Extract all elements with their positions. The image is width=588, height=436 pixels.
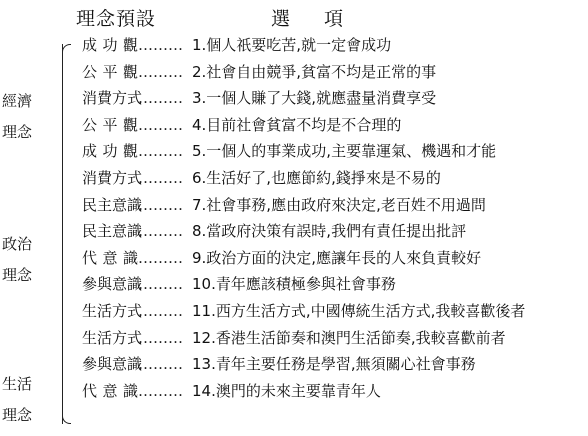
leader-dots: ……… [138,85,192,112]
group-label-political: 政治 理念 [2,229,32,291]
item-text: 12.香港生活節奏和澳門生活節奏,我較喜歡前者 [192,325,506,352]
item-text: 6.生活好了,也應節約,錢掙來是不易的 [192,165,441,192]
leader-dots: ……… [138,218,192,245]
group-label-line: 生活 [2,369,32,400]
header-options: 選 項 [271,4,357,31]
list-item: 消費方式………3.一個人賺了大錢,就應盡量消費享受 [82,85,525,112]
group-label-economic: 經濟 理念 [2,86,32,148]
group-label-line: 理念 [2,260,32,291]
item-text: 1.個人祇要吃苦,就一定會成功 [192,32,391,59]
leader-dots: ……… [138,378,192,405]
concept-label: 公平觀 [82,112,138,139]
leader-dots: ……… [138,271,192,298]
leader-dots: ……… [138,112,192,139]
list-item: 公平觀………4.目前社會貧富不均是不合理的 [82,112,525,139]
item-text: 14.澳門的未來主要靠青年人 [192,378,381,405]
list-item: 民主意識………8.當政府決策有誤時,我們有責任提出批評 [82,218,525,245]
list-item: 公平觀………2.社會自由競爭,貧富不均是正常的事 [82,59,525,86]
group-label-line: 理念 [2,400,32,431]
list-item: 成功觀………5.一個人的事業成功,主要靠運氣、機遇和才能 [82,138,525,165]
leader-dots: ……… [138,59,192,86]
concept-label: 生活方式 [82,325,138,352]
leader-dots: ……… [138,138,192,165]
items-list: 成功觀………1.個人祇要吃苦,就一定會成功 公平觀………2.社會自由競爭,貧富不… [82,32,525,404]
list-item: 消費方式………6.生活好了,也應節約,錢掙來是不易的 [82,165,525,192]
item-text: 9.政治方面的決定,應讓年長的人來負責較好 [192,245,481,272]
list-item: 成功觀………1.個人祇要吃苦,就一定會成功 [82,32,525,59]
list-item: 代意識………9.政治方面的決定,應讓年長的人來負責較好 [82,245,525,272]
concept-label: 成功觀 [82,138,138,165]
concept-label: 代意識 [82,378,138,405]
leader-dots: ……… [138,325,192,352]
item-text: 13.青年主要任務是學習,無須關心社會事務 [192,351,476,378]
list-item: 參與意識………13.青年主要任務是學習,無須關心社會事務 [82,351,525,378]
group-label-line: 政治 [2,229,32,260]
list-item: 民主意識………7.社會事務,應由政府來決定,老百姓不用過問 [82,192,525,219]
item-text: 11.西方生活方式,中國傳統生活方式,我較喜歡後者 [192,298,525,325]
concept-label: 參與意識 [82,351,138,378]
list-item: 代意識………14.澳門的未來主要靠青年人 [82,378,525,405]
leader-dots: ……… [138,32,192,59]
item-text: 7.社會事務,應由政府來決定,老百姓不用過問 [192,192,486,219]
bracket-divider [62,44,71,424]
concept-label: 參與意識 [82,271,138,298]
item-text: 8.當政府決策有誤時,我們有責任提出批評 [192,218,466,245]
group-label-lifestyle: 生活 理念 [2,369,32,431]
list-item: 生活方式………11.西方生活方式,中國傳統生活方式,我較喜歡後者 [82,298,525,325]
item-text: 3.一個人賺了大錢,就應盡量消費享受 [192,85,436,112]
concept-label: 代意識 [82,245,138,272]
group-label-line: 經濟 [2,86,32,117]
leader-dots: ……… [138,192,192,219]
leader-dots: ……… [138,245,192,272]
item-text: 10.青年應該積極參與社會事務 [192,271,396,298]
group-label-line: 理念 [2,117,32,148]
concept-label: 消費方式 [82,165,138,192]
list-item: 生活方式………12.香港生活節奏和澳門生活節奏,我較喜歡前者 [82,325,525,352]
item-text: 2.社會自由競爭,貧富不均是正常的事 [192,59,436,86]
concept-label: 民主意識 [82,192,138,219]
item-text: 4.目前社會貧富不均是不合理的 [192,112,401,139]
leader-dots: ……… [138,298,192,325]
leader-dots: ……… [138,351,192,378]
list-item: 參與意識………10.青年應該積極參與社會事務 [82,271,525,298]
leader-dots: ……… [138,165,192,192]
header-concept: 理念預設 [76,4,156,31]
concept-label: 生活方式 [82,298,138,325]
concept-label: 消費方式 [82,85,138,112]
item-text: 5.一個人的事業成功,主要靠運氣、機遇和才能 [192,138,496,165]
concept-label: 民主意識 [82,218,138,245]
concept-label: 公平觀 [82,59,138,86]
concept-label: 成功觀 [82,32,138,59]
